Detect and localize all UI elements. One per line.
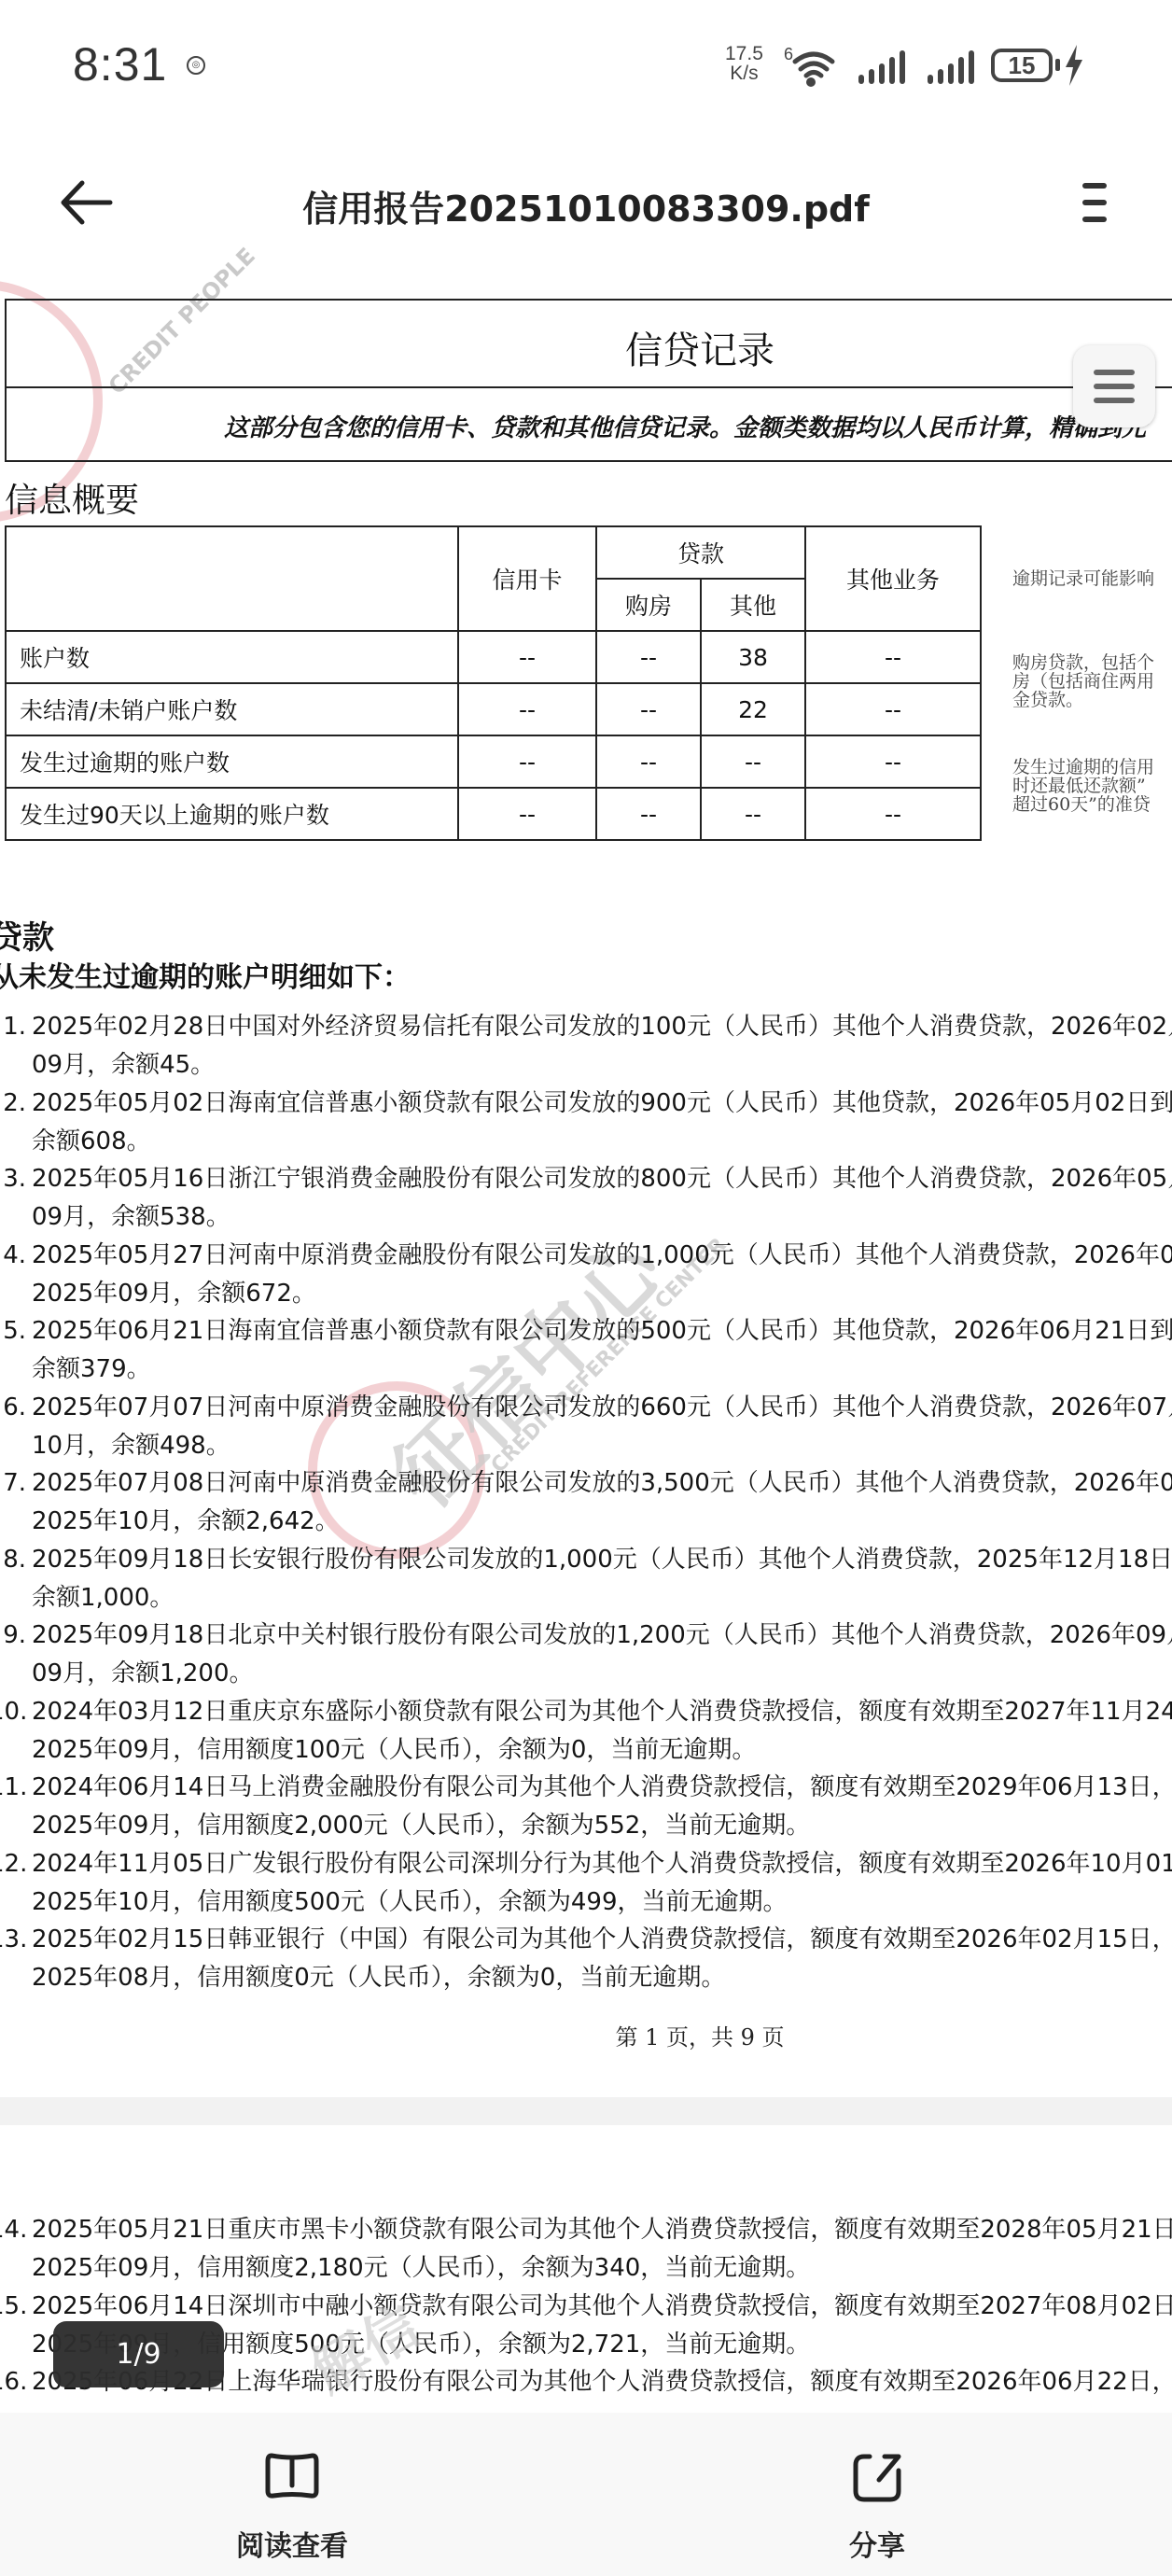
cell-other-business: --	[805, 683, 981, 735]
item-line-1: 2025年05月02日海南宜信普惠小额贷款有限公司发放的900元（人民币）其他贷…	[32, 1085, 1172, 1123]
menu-bar-icon	[1082, 183, 1107, 189]
cell-credit-card: --	[458, 631, 596, 683]
cell-credit-card: --	[458, 788, 596, 840]
page-separator	[0, 2097, 1172, 2125]
item-number: 1.	[0, 1008, 26, 1046]
item-line-2: 09月，余额45。	[32, 1046, 215, 1085]
side-note-3: 发生过逾期的信用 时还最低还款额” 超过60天”的准贷	[1012, 758, 1154, 814]
loan-list-item: 3.2025年05月16日浙江宁银消费金融股份有限公司发放的800元（人民币）其…	[0, 1160, 1172, 1237]
more-menu-button[interactable]	[1082, 183, 1107, 233]
table-row: 发生过90天以上逾期的账户数 -- -- -- --	[6, 788, 981, 840]
share-button[interactable]: 分享	[737, 2413, 1017, 2576]
cell-housing: --	[596, 788, 701, 840]
item-line-1: 2025年05月16日浙江宁银消费金融股份有限公司发放的800元（人民币）其他个…	[32, 1160, 1172, 1198]
header-empty-cell	[6, 526, 458, 631]
cell-credit-card: --	[458, 683, 596, 735]
share-icon	[851, 2452, 903, 2504]
item-line-1: 2024年03月12日重庆京东盛际小额贷款有限公司为其他个人消费贷款授信，额度有…	[32, 1693, 1172, 1731]
note-line: 超过60天”的准贷	[1012, 795, 1154, 814]
loans-subheading: 从未发生过逾期的账户明细如下：	[0, 954, 411, 995]
cell-other-business: --	[805, 788, 981, 840]
item-line-1: 2025年02月28日中国对外经济贸易信托有限公司发放的100元（人民币）其他个…	[32, 1008, 1172, 1046]
share-label: 分享	[737, 2523, 1017, 2564]
floating-outline-button[interactable]	[1073, 345, 1155, 427]
charging-bolt-icon	[1064, 45, 1084, 90]
table-row: 未结清/未销户账户数 -- -- 22 --	[6, 683, 981, 735]
loan-list-item: 1.2025年02月28日中国对外经济贸易信托有限公司发放的100元（人民币）其…	[0, 1008, 1172, 1085]
cell-other: --	[701, 735, 805, 788]
loans-heading: 贷款	[0, 912, 54, 958]
row-label: 未结清/未销户账户数	[6, 683, 458, 735]
battery-level: 15	[991, 49, 1053, 82]
header-credit-card: 信用卡	[458, 526, 596, 631]
item-line-2: 余额379。	[32, 1351, 151, 1389]
loan-list-item: 14.2025年05月21日重庆市黑卡小额贷款有限公司为其他个人消费贷款授信，额…	[0, 2211, 1172, 2288]
row-label: 发生过逾期的账户数	[6, 735, 458, 788]
wifi-label: 6	[784, 45, 793, 63]
cell-signal-icon	[857, 49, 909, 90]
note-line: 逾期记录可能影响	[1012, 569, 1154, 588]
item-line-2: 2025年09月，余额672。	[32, 1275, 316, 1313]
item-number: 9.	[0, 1617, 26, 1655]
cell-housing: --	[596, 631, 701, 683]
row-label: 账户数	[6, 631, 458, 683]
net-speed-value: 17.5	[725, 44, 763, 63]
item-line-2: 2025年09月，信用额度100元（人民币），余额为0，当前无逾期。	[32, 1731, 756, 1770]
loan-list-item: 5.2025年06月21日海南宜信普惠小额贷款有限公司发放的500元（人民币）其…	[0, 1312, 1172, 1389]
item-line-1: 2025年07月07日河南中原消费金融股份有限公司发放的660元（人民币）其他个…	[32, 1389, 1172, 1427]
side-note-1: 逾期记录可能影响	[1012, 569, 1154, 588]
item-number: 7.	[0, 1464, 26, 1503]
item-number: 10.	[0, 1693, 26, 1731]
header-loan: 贷款	[596, 526, 805, 579]
item-line-1: 2024年11月05日广发银行股份有限公司深圳分行为其他个人消费贷款授信，额度有…	[32, 1845, 1172, 1883]
cell-other: 38	[701, 631, 805, 683]
table-row: 发生过逾期的账户数 -- -- -- --	[6, 735, 981, 788]
cell-other-business: --	[805, 631, 981, 683]
summary-table: 信用卡 贷款 其他业务 购房 其他 账户数 -- -- 38 -- 未结清/未销…	[5, 525, 982, 841]
item-line-2: 10月，余额498。	[32, 1427, 230, 1465]
battery-nub	[1055, 59, 1060, 71]
outline-bar-icon	[1094, 384, 1135, 389]
item-number: 4.	[0, 1237, 26, 1275]
item-line-2: 2025年09月，信用额度2,000元（人民币），余额为552，当前无逾期。	[32, 1807, 810, 1845]
item-line-1: 2025年07月08日河南中原消费金融股份有限公司发放的3,500元（人民币）其…	[32, 1464, 1172, 1503]
menu-bar-icon	[1082, 217, 1107, 222]
item-line-2: 09月，余额538。	[32, 1198, 230, 1237]
status-time: 8:31	[73, 37, 167, 91]
cell-housing: --	[596, 683, 701, 735]
item-number: 12.	[0, 1845, 26, 1883]
item-number: 2.	[0, 1085, 26, 1123]
section-description: 这部分包含您的信用卡、贷款和其他信贷记录。金额类数据均以人民币计算，精确到元	[224, 409, 1146, 443]
network-speed: 17.5 K/s	[725, 44, 763, 83]
side-note-2: 购房贷款，包括个 房（包括商住两用 金贷款。	[1012, 653, 1154, 709]
item-line-2: 2025年08月，信用额度0元（人民币），余额为0，当前无逾期。	[32, 1959, 725, 1997]
note-line: 金贷款。	[1012, 691, 1154, 709]
loan-list-item: 7.2025年07月08日河南中原消费金融股份有限公司发放的3,500元（人民币…	[0, 1464, 1172, 1541]
item-number: 14.	[0, 2211, 26, 2249]
item-number: 5.	[0, 1312, 26, 1351]
item-line-2: 余额1,000。	[32, 1579, 174, 1617]
item-line-2: 2025年10月，余额2,642。	[32, 1503, 340, 1541]
note-line: 发生过逾期的信用	[1012, 758, 1154, 777]
item-line-1: 2025年06月21日海南宜信普惠小额贷款有限公司发放的500元（人民币）其他贷…	[32, 1312, 1172, 1351]
box-divider	[5, 386, 1172, 388]
notification-icon: ◎	[187, 56, 205, 75]
cell-other-business: --	[805, 735, 981, 788]
item-number: 6.	[0, 1389, 26, 1427]
cell-housing: --	[596, 735, 701, 788]
header-loan-other: 其他	[701, 579, 805, 631]
loan-list-item: 4.2025年05月27日河南中原消费金融股份有限公司发放的1,000元（人民币…	[0, 1237, 1172, 1313]
outline-bar-icon	[1094, 398, 1135, 403]
item-number: 8.	[0, 1541, 26, 1579]
page-indicator: 1/9	[53, 2321, 224, 2387]
row-label: 发生过90天以上逾期的账户数	[6, 788, 458, 840]
cell-credit-card: --	[458, 735, 596, 788]
cell-other: --	[701, 788, 805, 840]
loan-list-item: 2.2025年05月02日海南宜信普惠小额贷款有限公司发放的900元（人民币）其…	[0, 1085, 1172, 1161]
note-line: 购房贷款，包括个	[1012, 653, 1154, 672]
item-number: 3.	[0, 1160, 26, 1198]
item-number: 11.	[0, 1769, 26, 1807]
page-footer: 第 1 页，共 9 页	[0, 2019, 1172, 2051]
wifi-icon: 6	[784, 45, 840, 91]
item-line-1: 2025年06月14日深圳市中融小额贷款有限公司为其他个人消费贷款授信，额度有效…	[32, 2288, 1172, 2326]
loan-list-item: 13.2025年02月15日韩亚银行（中国）有限公司为其他个人消费贷款授信，额度…	[0, 1921, 1172, 1997]
bottom-action-bar: 阅读查看 分享	[0, 2413, 1172, 2576]
item-line-2: 2025年09月，信用额度2,180元（人民币），余额为340，当前无逾期。	[32, 2249, 810, 2288]
loan-list-item: 12.2024年11月05日广发银行股份有限公司深圳分行为其他个人消费贷款授信，…	[0, 1845, 1172, 1922]
item-number: 13.	[0, 1921, 26, 1959]
item-line-1: 2025年09月18日长安银行股份有限公司发放的1,000元（人民币）其他个人消…	[32, 1541, 1172, 1579]
loan-list-item: 11.2024年06月14日马上消费金融股份有限公司为其他个人消费贷款授信，额度…	[0, 1769, 1172, 1845]
loan-list-item: 9.2025年09月18日北京中关村银行股份有限公司发放的1,200元（人民币）…	[0, 1617, 1172, 1693]
menu-bar-icon	[1082, 200, 1107, 205]
loan-list-item: 6.2025年07月07日河南中原消费金融股份有限公司发放的660元（人民币）其…	[0, 1389, 1172, 1465]
outline-bar-icon	[1094, 370, 1135, 375]
book-icon	[264, 2452, 320, 2500]
item-line-2: 09月，余额1,200。	[32, 1655, 254, 1693]
document-title: 信用报告20251010083309.pdf	[0, 180, 1172, 231]
item-line-2: 2025年10月，信用额度500元（人民币），余额为499，当前无逾期。	[32, 1883, 788, 1922]
cell-other: 22	[701, 683, 805, 735]
note-line: 房（包括商住两用	[1012, 672, 1154, 691]
table-row: 账户数 -- -- 38 --	[6, 631, 981, 683]
summary-heading: 信息概要	[5, 474, 139, 522]
item-line-1: 2025年05月21日重庆市黑卡小额贷款有限公司为其他个人消费贷款授信，额度有效…	[32, 2211, 1172, 2249]
loan-list-item: 10.2024年03月12日重庆京东盛际小额贷款有限公司为其他个人消费贷款授信，…	[0, 1693, 1172, 1770]
loan-list-item: 8.2025年09月18日长安银行股份有限公司发放的1,000元（人民币）其他个…	[0, 1541, 1172, 1617]
item-line-1: 2025年02月15日韩亚银行（中国）有限公司为其他个人消费贷款授信，额度有效期…	[32, 1921, 1172, 1959]
read-view-label: 阅读查看	[152, 2523, 432, 2564]
item-number: 16.	[0, 2363, 26, 2401]
note-line: 时还最低还款额”	[1012, 777, 1154, 795]
header-other-business: 其他业务	[805, 526, 981, 631]
section-title: 信贷记录	[0, 321, 1172, 374]
read-view-button[interactable]: 阅读查看	[152, 2413, 432, 2576]
item-line-1: 2025年05月27日河南中原消费金融股份有限公司发放的1,000元（人民币）其…	[32, 1237, 1172, 1275]
header-loan-housing: 购房	[596, 579, 701, 631]
net-speed-unit: K/s	[725, 63, 763, 83]
item-number: 15.	[0, 2288, 26, 2326]
item-line-2: 余额608。	[32, 1123, 151, 1161]
item-line-1: 2025年09月18日北京中关村银行股份有限公司发放的1,200元（人民币）其他…	[32, 1617, 1172, 1655]
item-line-1: 2024年06月14日马上消费金融股份有限公司为其他个人消费贷款授信，额度有效期…	[32, 1769, 1172, 1807]
cell-signal-icon-2	[926, 49, 978, 90]
